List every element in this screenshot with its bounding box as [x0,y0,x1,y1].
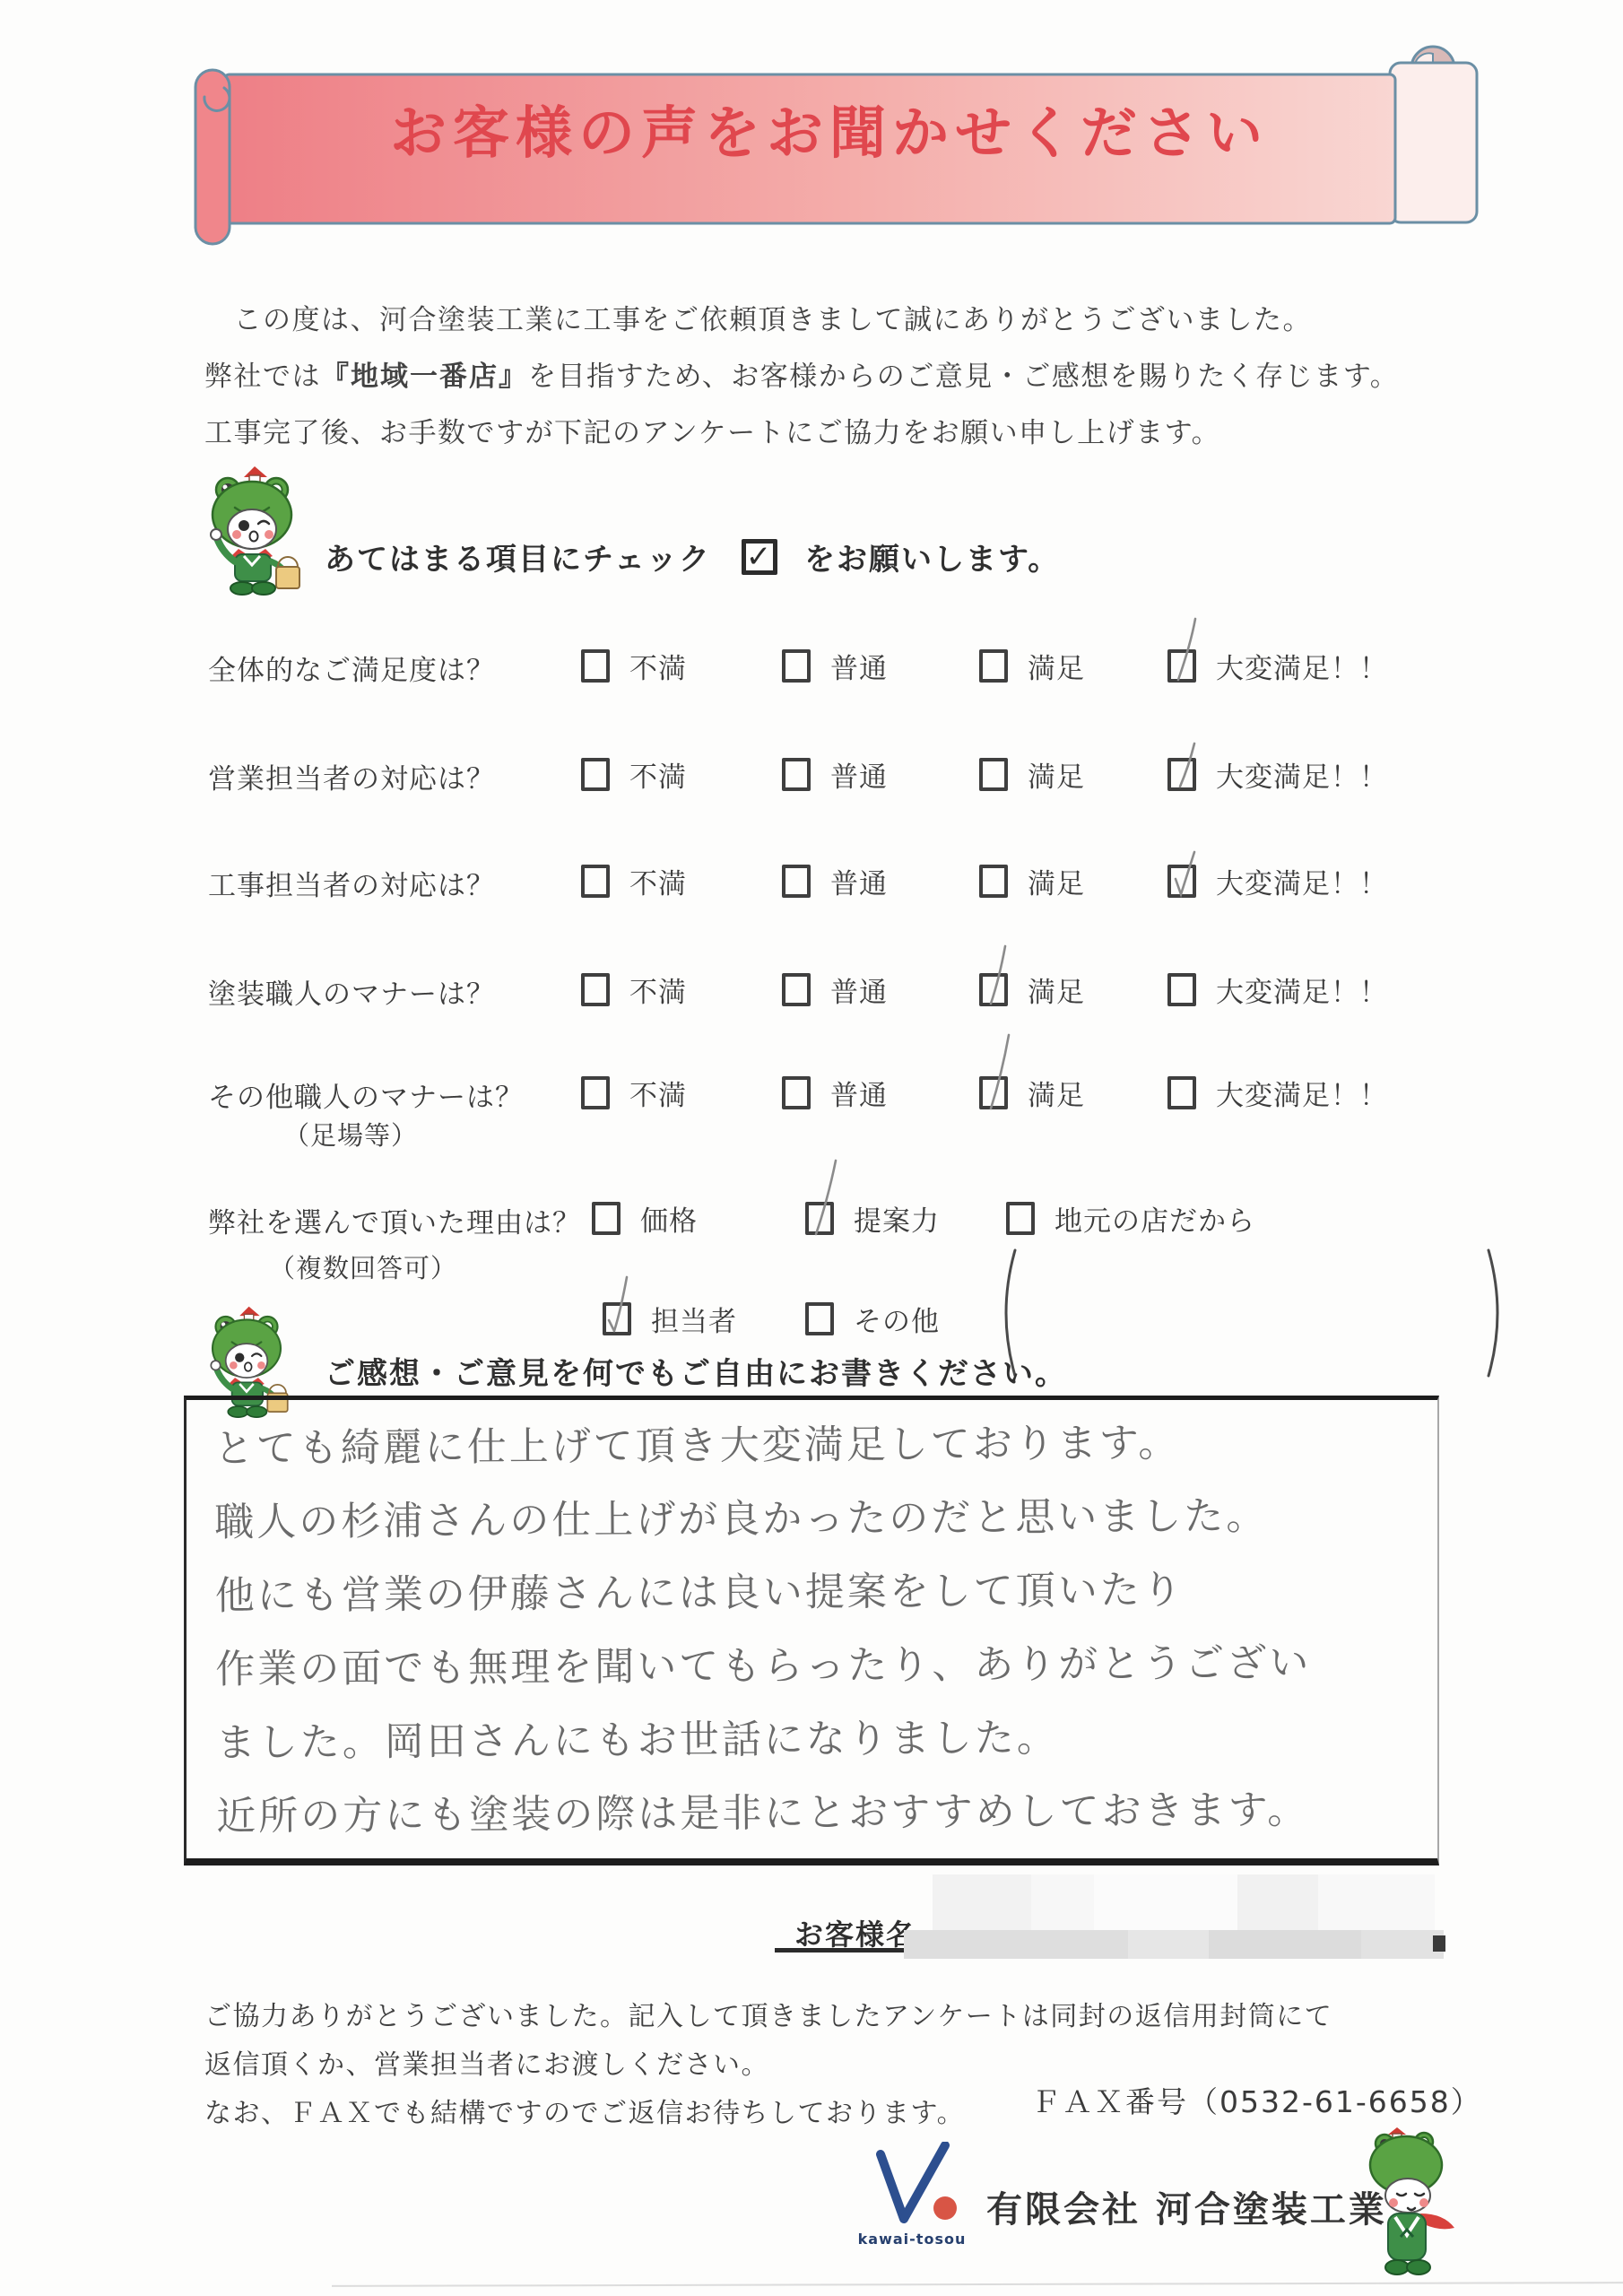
other-text-close-paren [1481,1245,1514,1381]
checkbox [581,758,610,791]
checkbox [1167,973,1196,1006]
checkbox-checked [805,1202,834,1235]
checkbox [581,1076,610,1109]
option-overall-taihen-manzoku[interactable]: 大変満足！！ [1167,646,1388,686]
intro-paragraph: この度は、河合塗装工業に工事をご依頼頂きまして誠にありがとうございました。 弊社… [204,292,1399,462]
option-overall-fuman[interactable]: 不満 [581,646,687,686]
checkbox [782,758,811,791]
option-reason-kakaku[interactable]: 価格 [592,1198,698,1239]
option-overall-futsuu[interactable]: 普通 [782,646,888,686]
question-label-other-worker-manner: その他職人のマナーは？ [208,1074,524,1115]
checked-box-icon: ✓ [742,539,777,575]
option-reason-tantousha[interactable]: 担当者 [603,1299,737,1339]
checkbox-checked [603,1302,631,1335]
checkbox [805,1302,834,1335]
checkbox [581,865,610,898]
intro-line-2: 弊社では『地域一番店』を目指すため、お客様からのご意見・ご感想を賜りたく存じます… [204,349,1399,405]
question-note-multi-answer: （複数回答可） [269,1248,457,1285]
option-sales-futsuu[interactable]: 普通 [782,754,888,795]
option-sales-manzoku[interactable]: 満足 [979,754,1085,795]
option-reason-sonota[interactable]: その他 [805,1299,940,1339]
shop-goal-emphasis: 『地域一番店』 [321,361,528,393]
checkbox-checked [1167,649,1196,683]
feedback-header: ご感想・ご意見を何でもご自由にお書きください。 [325,1349,1067,1393]
frog-mascot-icon [197,465,307,596]
option-sales-taihen-manzoku[interactable]: 大変満足！！ [1167,754,1388,795]
option-painter-taihen-manzoku[interactable]: 大変満足！！ [1167,970,1388,1010]
checkbox [979,865,1008,898]
scan-edge-line [332,2282,1623,2287]
feedback-box[interactable]: とても綺麗に仕上げて頂き大変満足しております。 職人の杉浦さんの仕上げが良かった… [184,1396,1439,1865]
survey-scan-page: お客様の声をお聞かせください この度は、河合塗装工業に工事をご依頼頂きまして誠に… [0,0,1623,2296]
checkbox [782,865,811,898]
logo-caption: kawai-tosou [854,2231,970,2248]
check-instruction-pre: あてはまる項目にチェック [325,535,711,578]
handwritten-feedback: とても綺麗に仕上げて頂き大変満足しております。 職人の杉浦さんの仕上げが良かった… [185,1396,1438,1855]
checkbox [782,973,811,1006]
option-painter-fuman[interactable]: 不満 [581,970,687,1010]
option-sales-fuman[interactable]: 不満 [581,754,687,795]
feedback-line: 近所の方にも塗装の際は是非にとおすすめしておきます。 [216,1773,1411,1854]
page-title: お客様の声をお聞かせください [287,88,1372,170]
fax-number: ＦＡＸ番号（0532-61-6658） [1031,2079,1482,2121]
feedback-line: ました。岡田さんにもお世話になりました。 [216,1700,1411,1780]
question-note-scaffold: （足場等） [283,1116,418,1152]
question-label-overall: 全体的なご満足度は？ [208,648,495,688]
intro-line-1: この度は、河合塗装工業に工事をご依頼頂きまして誠にありがとうございました。 [204,292,1399,349]
option-other-taihen-manzoku[interactable]: 大変満足！！ [1167,1073,1388,1113]
checkbox-checked [979,973,1008,1006]
kawai-tosou-logo [868,2142,961,2231]
option-reason-jimoto[interactable]: 地元の店だから [1006,1198,1255,1239]
checkbox [979,758,1008,791]
footer-line-1: ご協力ありがとうございました。記入して頂きましたアンケートは同封の返信用封筒にて [204,1993,1332,2041]
option-construction-manzoku[interactable]: 満足 [979,861,1085,901]
question-label-reason: 弊社を選んで頂いた理由は？ [208,1200,581,1240]
frog-mascot-bowing-icon [1361,2127,1462,2282]
feedback-line: 職人の杉浦さんの仕上げが良かったのだと思いました。 [214,1479,1410,1560]
question-label-sales: 営業担当者の対応は？ [208,756,495,796]
option-reason-teian[interactable]: 提案力 [805,1198,940,1239]
check-instruction-post: をお願いします。 [804,535,1060,578]
customer-name-redaction-bottom [904,1930,1444,1959]
option-painter-futsuu[interactable]: 普通 [782,970,888,1010]
checkbox [581,973,610,1006]
checkbox-checked [1167,865,1196,898]
option-painter-manzoku[interactable]: 満足 [979,970,1085,1010]
question-label-painter-manner: 塗装職人のマナーは？ [208,971,495,1012]
option-construction-futsuu[interactable]: 普通 [782,861,888,901]
feedback-line: 作業の面でも無理を聞いてもらったり、ありがとうござい [215,1626,1410,1707]
checkbox-checked [1167,758,1196,791]
checkbox [782,649,811,683]
option-construction-fuman[interactable]: 不満 [581,861,687,901]
checkbox-checked [979,1076,1008,1109]
intro-line-3: 工事完了後、お手数ですが下記のアンケートにご協力をお願い申し上げます。 [204,405,1399,462]
checkbox [1167,1076,1196,1109]
option-other-futsuu[interactable]: 普通 [782,1073,888,1113]
checkbox [979,649,1008,683]
check-instruction: あてはまる項目にチェック ✓ をお願いします。 [325,535,1060,578]
checkbox [592,1202,621,1235]
question-label-construction: 工事担当者の対応は？ [208,863,495,903]
scan-mark [1433,1935,1445,1952]
option-overall-manzoku[interactable]: 満足 [979,646,1085,686]
feedback-line: とても綺麗に仕上げて頂き大変満足しております。 [214,1405,1410,1486]
checkbox [1006,1202,1035,1235]
checkbox [581,649,610,683]
feedback-line: 他にも営業の伊藤さんには良い提案をして頂いたり [215,1552,1410,1633]
option-other-manzoku[interactable]: 満足 [979,1073,1085,1113]
customer-name-redaction-top [933,1874,1435,1930]
company-name: 有限会社 河合塗装工業 [986,2181,1387,2232]
option-other-fuman[interactable]: 不満 [581,1073,687,1113]
checkbox [782,1076,811,1109]
option-construction-taihen-manzoku[interactable]: 大変満足！！ [1167,861,1388,901]
other-text-area[interactable] [1022,1256,1480,1372]
